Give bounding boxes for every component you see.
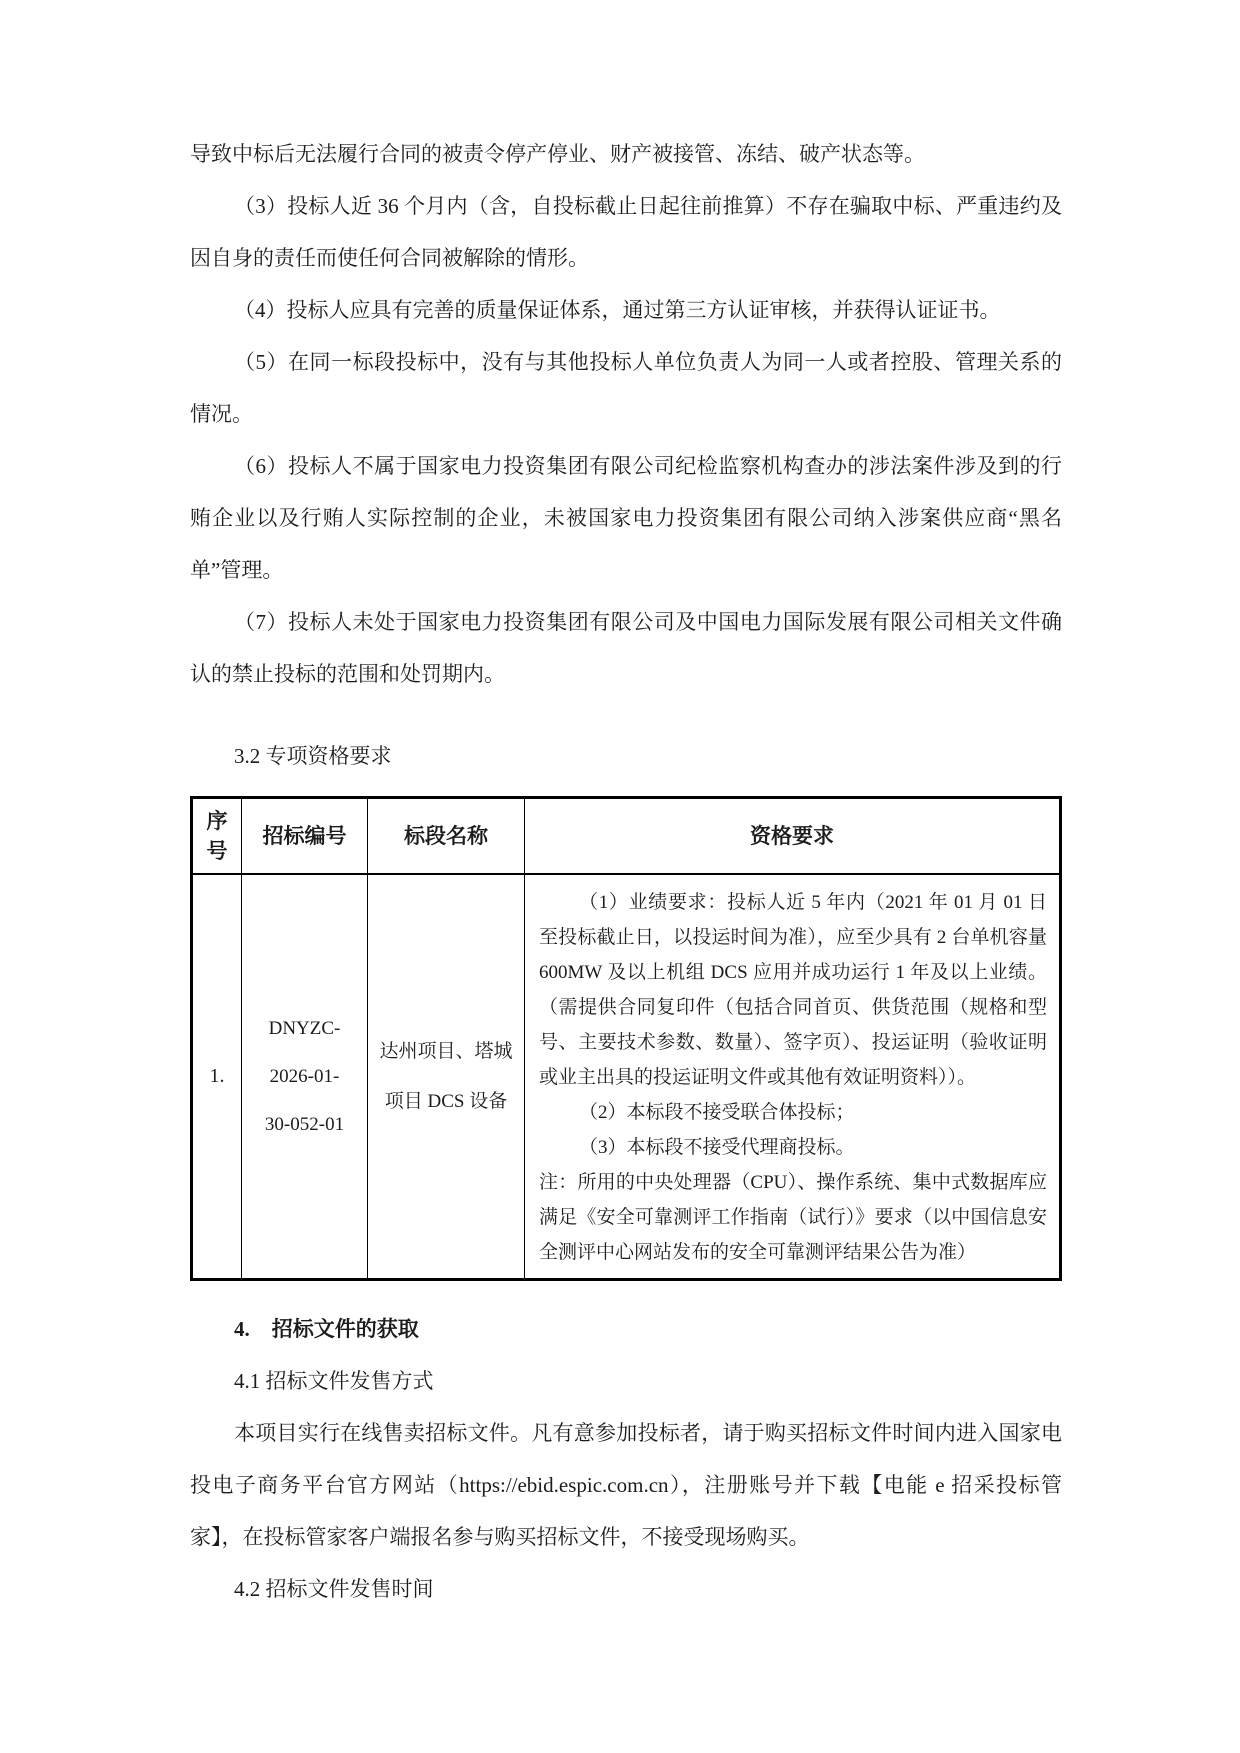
cell-seq: 1.	[192, 874, 242, 1280]
cell-bid-number: DNYZC- 2026-01- 30-052-01	[242, 874, 368, 1280]
bid-number-line: DNYZC-	[246, 1005, 363, 1053]
bid-number-line: 2026-01-	[246, 1053, 363, 1101]
bid-number-line: 30-052-01	[246, 1101, 363, 1149]
lot-name-line: 项目 DCS 设备	[372, 1077, 520, 1127]
qualification-requirements-table: 序号 招标编号 标段名称 资格要求 1. DNYZC- 2026-01- 30-…	[190, 796, 1062, 1281]
requirement-note: 注：所用的中央处理器（CPU）、操作系统、集中式数据库应满足《安全可靠测评工作指…	[539, 1165, 1047, 1270]
section-4-2-heading: 4.2 招标文件发售时间	[190, 1563, 1062, 1615]
paragraph-continuation: 导致中标后无法履行合同的被责令停产停业、财产被接管、冻结、破产状态等。	[190, 128, 1062, 180]
paragraph-item-4: （4）投标人应具有完善的质量保证体系，通过第三方认证审核，并获得认证证书。	[190, 284, 1062, 336]
document-content: 导致中标后无法履行合同的被责令停产停业、财产被接管、冻结、破产状态等。 （3）投…	[190, 128, 1062, 1615]
table-header-lot-name: 标段名称	[368, 798, 525, 875]
section-4-heading: 4.招标文件的获取	[190, 1303, 1062, 1355]
paragraph-item-5: （5）在同一标段投标中，没有与其他投标人单位负责人为同一人或者控股、管理关系的情…	[190, 336, 1062, 440]
requirement-paragraph-2: （2）本标段不接受联合体投标；	[539, 1095, 1047, 1130]
section-4-1-heading: 4.1 招标文件发售方式	[190, 1355, 1062, 1407]
paragraph-item-7: （7）投标人未处于国家电力投资集团有限公司及中国电力国际发展有限公司相关文件确认…	[190, 596, 1062, 700]
lot-name-line: 达州项目、塔城	[372, 1027, 520, 1077]
section-4-title: 招标文件的获取	[272, 1317, 419, 1341]
cell-lot-name: 达州项目、塔城 项目 DCS 设备	[368, 874, 525, 1280]
paragraph-item-3: （3）投标人近 36 个月内（含，自投标截止日起往前推算）不存在骗取中标、严重违…	[190, 180, 1062, 284]
table-row: 1. DNYZC- 2026-01- 30-052-01 达州项目、塔城 项目 …	[192, 874, 1061, 1280]
section-4-number: 4.	[234, 1317, 250, 1341]
paragraph-item-6: （6）投标人不属于国家电力投资集团有限公司纪检监察机构查办的涉法案件涉及到的行贿…	[190, 440, 1062, 596]
cell-requirements: （1）业绩要求：投标人近 5 年内（2021 年 01 月 01 日至投标截止日…	[525, 874, 1061, 1280]
table-header-row: 序号 招标编号 标段名称 资格要求	[192, 798, 1061, 875]
table-header-seq: 序号	[192, 798, 242, 875]
table-header-requirements: 资格要求	[525, 798, 1061, 875]
requirement-paragraph-3: （3）本标段不接受代理商投标。	[539, 1130, 1047, 1165]
table-header-bid-number: 招标编号	[242, 798, 368, 875]
section-3-2-heading: 3.2 专项资格要求	[190, 730, 1062, 782]
document-page: 导致中标后无法履行合同的被责令停产停业、财产被接管、冻结、破产状态等。 （3）投…	[0, 0, 1240, 1753]
requirement-paragraph-1: （1）业绩要求：投标人近 5 年内（2021 年 01 月 01 日至投标截止日…	[539, 885, 1047, 1095]
section-4-1-paragraph: 本项目实行在线售卖招标文件。凡有意参加投标者，请于购买招标文件时间内进入国家电投…	[190, 1407, 1062, 1563]
